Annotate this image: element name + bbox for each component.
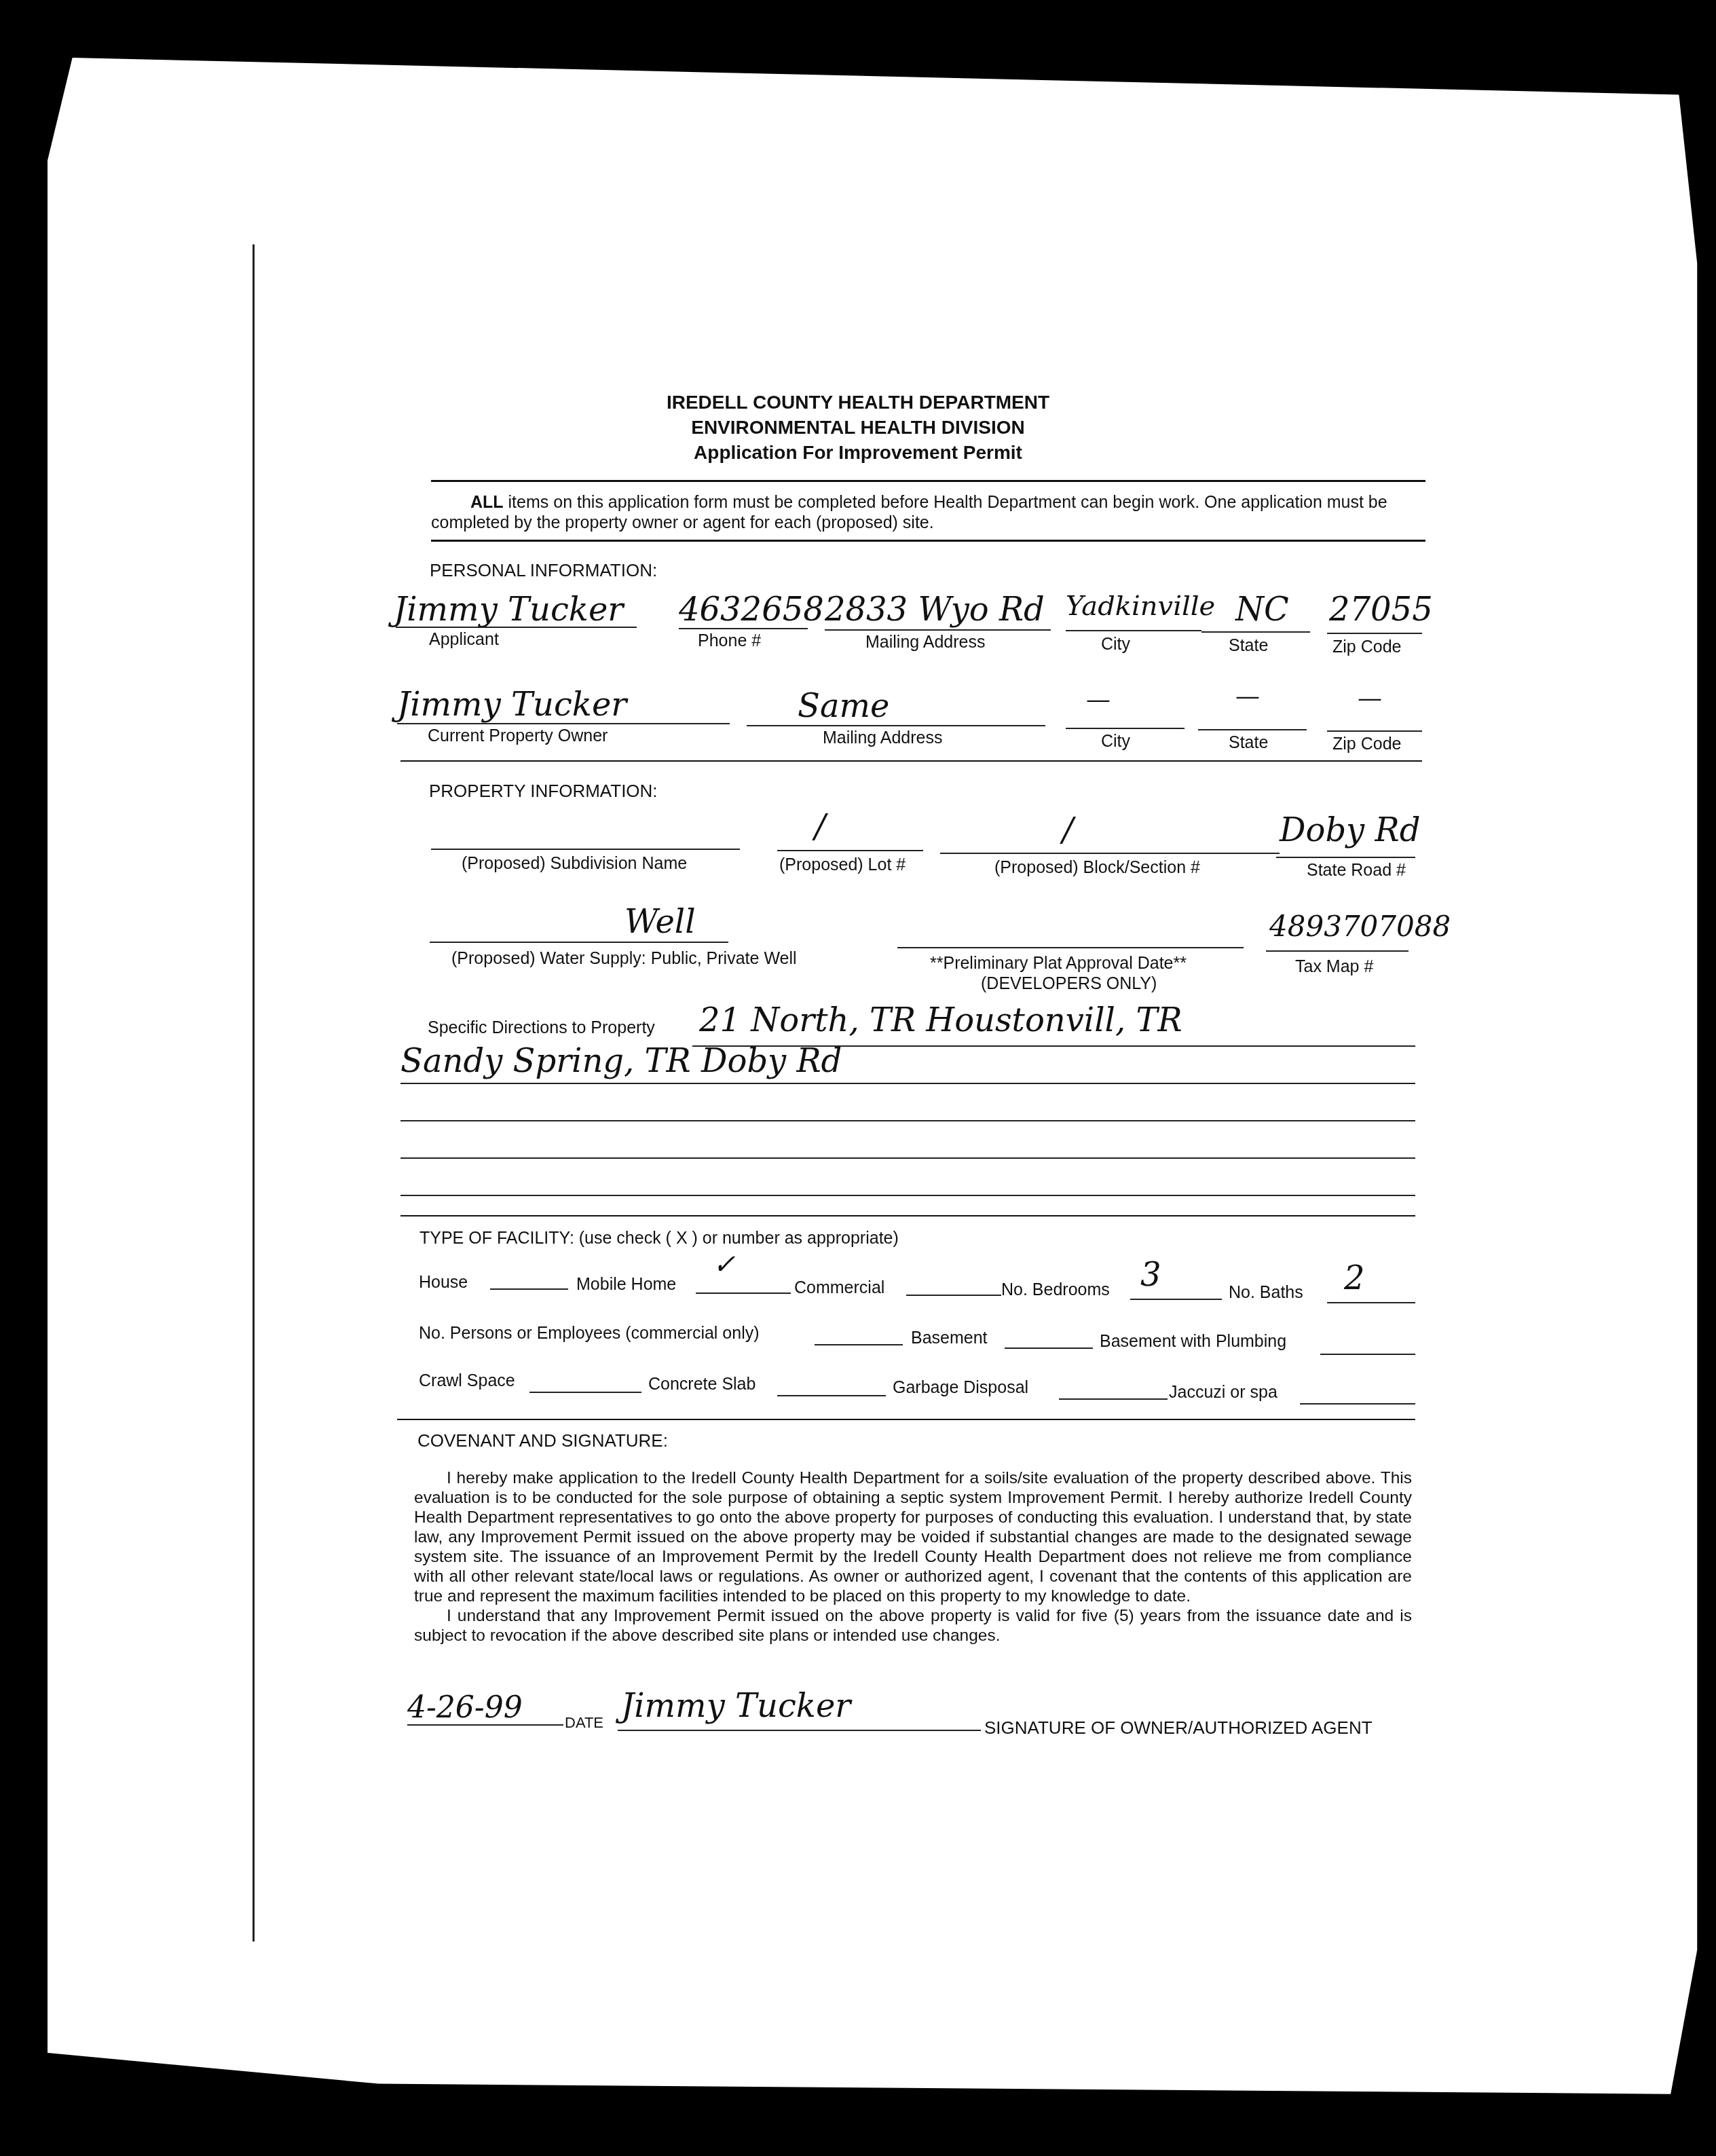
directions-line2[interactable]: Sandy Spring, TR Doby Rd	[400, 1042, 842, 1080]
department-title: IREDELL COUNTY HEALTH DEPARTMENT	[0, 392, 1716, 413]
covenant-text: I hereby make application to the Iredell…	[414, 1468, 1412, 1646]
zip-label: Zip Code	[1332, 637, 1401, 657]
division-title: ENVIRONMENTAL HEALTH DIVISION	[0, 417, 1716, 439]
intro-text: ALL items on this application form must …	[431, 492, 1425, 533]
lot-label: (Proposed) Lot #	[779, 855, 906, 875]
crawl-space-label: Crawl Space	[419, 1371, 515, 1391]
commercial-label: Commercial	[794, 1278, 884, 1298]
lot-field[interactable]: /	[815, 808, 825, 846]
city-label: City	[1101, 635, 1130, 654]
mailing-address-field[interactable]: 2833 Wyo Rd	[825, 591, 1045, 629]
water-supply-field[interactable]: Well	[624, 903, 696, 941]
mailing-address-label: Mailing Address	[865, 633, 985, 652]
owner-city-field[interactable]: —	[1086, 686, 1111, 713]
state-road-label: State Road #	[1307, 861, 1406, 880]
garbage-disposal-field[interactable]	[1059, 1398, 1168, 1400]
directions-line5[interactable]	[400, 1195, 1415, 1196]
developers-only-note: (DEVELOPERS ONLY)	[981, 974, 1157, 994]
owner-city-label: City	[1101, 732, 1130, 751]
water-supply-label: (Proposed) Water Supply: Public, Private…	[451, 949, 797, 969]
commercial-field[interactable]	[906, 1295, 1001, 1296]
form-title: Application For Improvement Permit	[0, 442, 1716, 464]
block-field[interactable]: /	[1062, 811, 1073, 849]
basement-label: Basement	[911, 1328, 988, 1348]
subdivision-label: (Proposed) Subdivision Name	[462, 854, 687, 874]
jacuzzi-label: Jaccuzi or spa	[1169, 1383, 1277, 1402]
tax-map-label: Tax Map #	[1295, 957, 1373, 977]
plat-date-field[interactable]	[897, 947, 1244, 948]
date-label: DATE	[565, 1714, 603, 1732]
subdivision-field[interactable]	[431, 849, 740, 850]
basement-plumbing-field[interactable]	[1320, 1354, 1415, 1355]
divider	[397, 1419, 1415, 1420]
divider	[400, 760, 1422, 762]
baths-label: No. Baths	[1229, 1283, 1303, 1303]
concrete-slab-label: Concrete Slab	[648, 1375, 756, 1394]
zip-field[interactable]: 27055	[1329, 591, 1433, 629]
city-field[interactable]: Yadkinville	[1066, 591, 1215, 622]
owner-address-field[interactable]: Same	[798, 687, 889, 725]
mobile-home-label: Mobile Home	[576, 1275, 676, 1295]
basement-plumbing-label: Basement with Plumbing	[1100, 1332, 1286, 1352]
state-road-field[interactable]: Doby Rd	[1280, 811, 1420, 849]
facility-heading: TYPE OF FACILITY: (use check ( X ) or nu…	[419, 1229, 899, 1248]
house-field[interactable]	[490, 1288, 568, 1290]
owner-zip-label: Zip Code	[1332, 735, 1401, 754]
covenant-heading: COVENANT AND SIGNATURE:	[417, 1430, 668, 1451]
tax-map-field[interactable]: 4893707088	[1269, 910, 1451, 943]
owner-state-label: State	[1229, 733, 1268, 753]
date-field[interactable]: 4-26-99	[407, 1690, 523, 1725]
property-heading: PROPERTY INFORMATION:	[429, 781, 658, 802]
owner-state-field[interactable]: —	[1235, 682, 1260, 710]
scanned-page	[48, 58, 1704, 2115]
plat-date-label: **Preliminary Plat Approval Date**	[930, 954, 1187, 973]
directions-line3[interactable]	[400, 1120, 1415, 1121]
basement-field[interactable]	[1005, 1347, 1093, 1349]
mobile-home-check[interactable]: ✓	[713, 1249, 736, 1280]
crawl-space-field[interactable]	[529, 1392, 641, 1393]
baths-field[interactable]: 2	[1344, 1259, 1365, 1297]
state-field[interactable]: NC	[1235, 591, 1289, 629]
bedrooms-label: No. Bedrooms	[1001, 1280, 1110, 1300]
concrete-slab-field[interactable]	[777, 1395, 886, 1396]
divider	[431, 540, 1425, 542]
signature-label: SIGNATURE OF OWNER/AUTHORIZED AGENT	[984, 1717, 1373, 1739]
applicant-label: Applicant	[429, 630, 499, 650]
owner-name-field[interactable]: Jimmy Tucker	[397, 686, 627, 724]
signature-field[interactable]: Jimmy Tucker	[621, 1687, 851, 1725]
jacuzzi-field[interactable]	[1300, 1403, 1415, 1405]
directions-line4[interactable]	[400, 1157, 1415, 1159]
divider	[431, 480, 1425, 482]
persons-label: No. Persons or Employees (commercial onl…	[419, 1324, 760, 1343]
directions-line1[interactable]: 21 North, TR Houstonvill, TR	[699, 1001, 1182, 1039]
garbage-disposal-label: Garbage Disposal	[893, 1378, 1028, 1398]
block-label: (Proposed) Block/Section #	[994, 858, 1200, 878]
phone-label: Phone #	[698, 631, 761, 651]
persons-field[interactable]	[815, 1344, 903, 1345]
divider	[400, 1215, 1415, 1216]
applicant-name-field[interactable]: Jimmy Tucker	[394, 591, 623, 629]
owner-label: Current Property Owner	[428, 726, 608, 746]
state-label: State	[1229, 636, 1268, 656]
owner-zip-field[interactable]: —	[1358, 684, 1382, 712]
directions-label: Specific Directions to Property	[428, 1018, 655, 1038]
house-label: House	[419, 1273, 468, 1293]
bedrooms-field[interactable]: 3	[1140, 1256, 1161, 1294]
margin-rule	[253, 244, 255, 1941]
phone-field[interactable]: 4632658	[679, 591, 824, 629]
personal-heading: PERSONAL INFORMATION:	[430, 560, 657, 581]
owner-address-label: Mailing Address	[823, 728, 942, 748]
